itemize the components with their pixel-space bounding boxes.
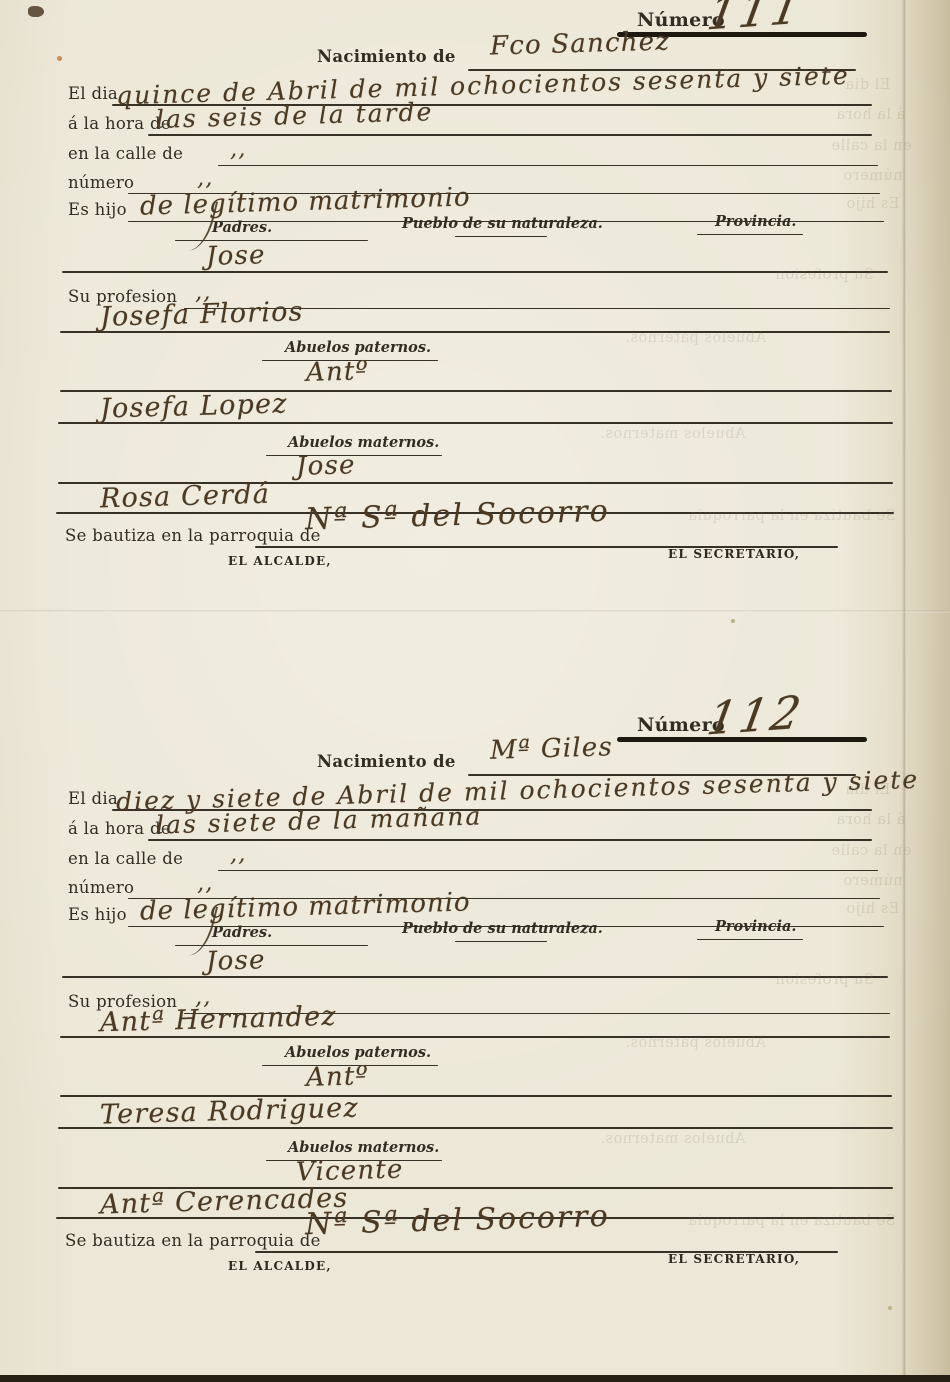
bleedthrough-text: Es hijo <box>846 901 899 917</box>
maternal-grandmother-value: Rosa Cerdá <box>100 479 271 515</box>
record-number-value: 112 <box>703 685 807 745</box>
ruled-line <box>218 165 878 166</box>
pueblo-header: Pueblo de su naturaleza. <box>402 920 603 937</box>
paternal-grandmother-value: Teresa Rodriguez <box>100 1092 360 1130</box>
abuelos-maternos-header: Abuelos maternos. <box>288 1139 439 1156</box>
dia-label: El dia <box>68 84 118 103</box>
bleedthrough-text: Abuelos maternos. <box>600 1131 745 1147</box>
birth-record-111: Número 111 Nacimiento de Fco Sanchez El … <box>0 0 950 640</box>
paper-speck <box>888 1306 892 1310</box>
mother-name-value: Josefa Florios <box>100 296 304 333</box>
abuelos-maternos-header: Abuelos maternos. <box>288 434 439 451</box>
alcalde-label: EL ALCALDE, <box>228 1259 332 1273</box>
ruled-line <box>148 134 872 136</box>
bleedthrough-text: Su profesion <box>775 267 874 283</box>
scan-bottom-edge <box>0 1375 950 1382</box>
bleedthrough-text: número <box>843 873 903 889</box>
bleedthrough-text: Abuelos paternos. <box>625 1035 766 1051</box>
mother-name-value: Antª Hernandez <box>100 1001 338 1039</box>
nacimiento-label: Nacimiento de <box>317 752 456 771</box>
birth-record-112: Número 112 Nacimiento de Mª Giles El dia… <box>0 705 950 1345</box>
bleedthrough-text: en la calle <box>831 138 912 154</box>
bleedthrough-text: Se bautiza en la parroquia <box>688 1213 896 1229</box>
calle-label: en la calle de <box>68 849 183 868</box>
bleedthrough-text: Abuelos paternos. <box>625 330 766 346</box>
father-name-value: Jose <box>206 240 266 272</box>
parish-value: Nª Sª del Socorro <box>305 1199 611 1242</box>
bleedthrough-text: El dia <box>845 77 890 93</box>
bautiza-label: Se bautiza en la parroquia de <box>65 526 321 545</box>
abuelos-paternos-header: Abuelos paternos. <box>285 1044 431 1061</box>
maternal-grandfather-value: Jose <box>296 450 356 482</box>
street-ditto-value: ,, <box>230 842 247 867</box>
bleedthrough-text: Es hijo <box>846 196 899 212</box>
abuelos-paternos-header: Abuelos paternos. <box>285 339 431 356</box>
ruled-line <box>62 271 888 273</box>
bleedthrough-text: Su profesion <box>775 972 874 988</box>
ruled-line <box>218 870 878 871</box>
paternal-grandfather-value: Antº <box>306 1061 370 1093</box>
secretario-label: EL SECRETARIO, <box>668 547 800 561</box>
page-edge-shadow <box>902 0 906 1382</box>
header-underline <box>455 236 547 237</box>
paternal-grandfather-value: Antº <box>306 356 370 388</box>
header-underline <box>455 941 547 942</box>
scanned-register-page: Número 111 Nacimiento de Fco Sanchez El … <box>0 0 950 1382</box>
ruled-line <box>148 839 872 841</box>
numero-calle-label: número <box>68 173 134 192</box>
alcalde-label: EL ALCALDE, <box>228 554 332 568</box>
secretario-label: EL SECRETARIO, <box>668 1252 800 1266</box>
ruled-line <box>62 976 888 978</box>
padres-header: Padres. <box>212 924 272 941</box>
paternal-grandmother-value: Josefa Lopez <box>100 388 288 424</box>
child-name-value: Mª Giles <box>490 732 614 765</box>
header-underline <box>697 234 803 235</box>
house-number-ditto-value: ,, <box>197 871 214 896</box>
es-hijo-label: Es hijo <box>68 905 127 924</box>
paper-speck <box>28 6 44 17</box>
numero-calle-label: número <box>68 878 134 897</box>
father-name-value: Jose <box>206 945 266 977</box>
bleedthrough-text: Se bautiza en la parroquia <box>688 508 896 524</box>
paper-speck <box>57 56 62 61</box>
bautiza-label: Se bautiza en la parroquia de <box>65 1231 321 1250</box>
bleedthrough-text: Abuelos maternos. <box>600 426 745 442</box>
paper-crease <box>0 610 950 613</box>
nacimiento-label: Nacimiento de <box>317 47 456 66</box>
header-underline <box>697 939 803 940</box>
dia-label: El dia <box>68 789 118 808</box>
bleedthrough-text: en la calle <box>831 843 912 859</box>
parish-value: Nª Sª del Socorro <box>305 494 611 537</box>
bleedthrough-text: á la hora <box>836 107 905 123</box>
paper-speck <box>731 619 735 623</box>
provincia-header: Provincia. <box>715 213 796 230</box>
padres-header: Padres. <box>212 219 272 236</box>
street-ditto-value: ,, <box>230 137 247 162</box>
pueblo-header: Pueblo de su naturaleza. <box>402 215 603 232</box>
es-hijo-label: Es hijo <box>68 200 127 219</box>
child-name-value: Fco Sanchez <box>490 26 671 61</box>
bleedthrough-text: número <box>843 168 903 184</box>
provincia-header: Provincia. <box>715 918 796 935</box>
bleedthrough-text: á la hora <box>836 812 905 828</box>
calle-label: en la calle de <box>68 144 183 163</box>
house-number-ditto-value: ,, <box>197 166 214 191</box>
